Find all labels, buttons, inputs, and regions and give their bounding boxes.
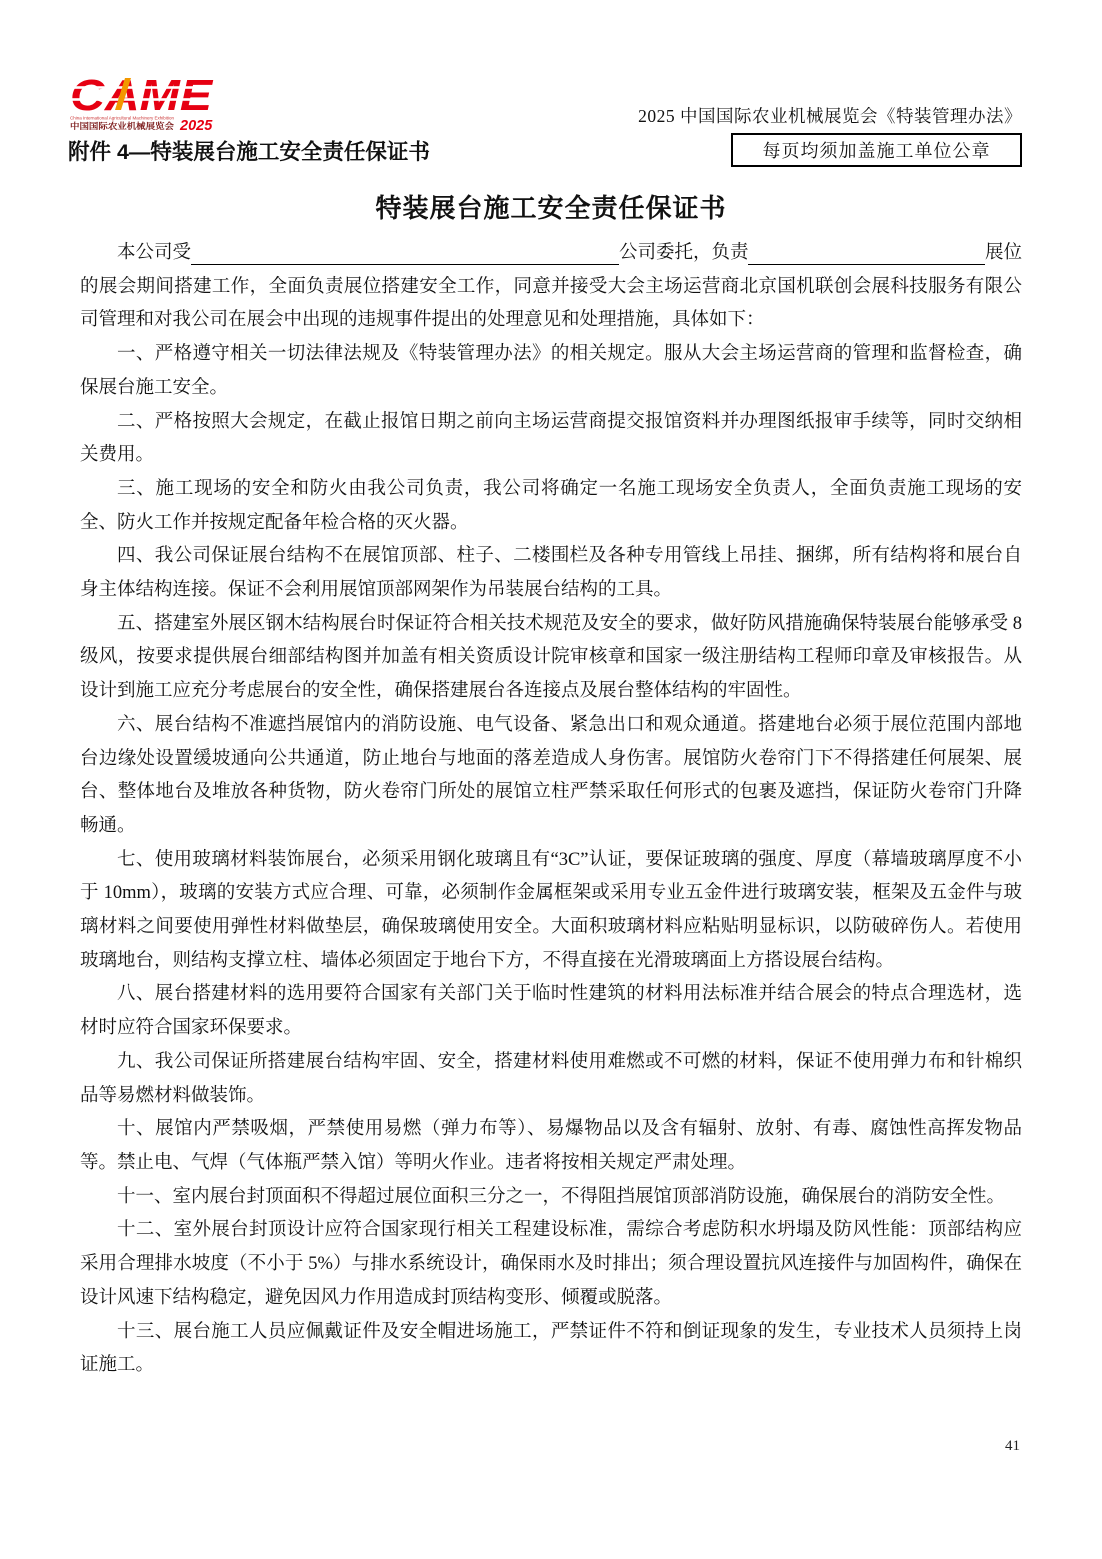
clause-paragraph: 十一、室内展台封顶面积不得超过展位面积三分之一，不得阻挡展馆顶部消防设施，确保展…	[80, 1181, 1022, 1215]
company-name-blank[interactable]	[191, 264, 619, 265]
doc-reference: 2025 中国国际农业机械展览会《特装管理办法》	[638, 103, 1022, 128]
came-logo-brand-text: CAME	[70, 74, 214, 120]
clause-paragraph: 四、我公司保证展台结构不在展馆顶部、柱子、二楼围栏及各种专用管线上吊挂、捆绑，所…	[80, 540, 1022, 607]
came-logo-tagline-en: China International Agricultural Machine…	[70, 116, 174, 121]
clause-paragraph: 九、我公司保证所搭建展台结构牢固、安全，搭建材料使用难燃或不可燃的材料，保证不使…	[80, 1046, 1022, 1113]
came-logo-tagline-cn: 中国国际农业机械展览会	[70, 121, 175, 131]
opening-middle: 公司委托，负责	[619, 237, 749, 271]
clause-paragraph: 一、严格遵守相关一切法律法规及《特装管理办法》的相关规定。服从大会主场运营商的管…	[80, 338, 1022, 405]
document-page: CAME China International Agricultural Ma…	[0, 0, 1102, 1559]
attachment-title: 附件 4—特装展台施工安全责任保证书	[68, 135, 430, 166]
opening-line: 本公司受 公司委托，负责 展位	[80, 237, 1022, 271]
clause-paragraph: 十三、展台施工人员应佩戴证件及安全帽进场施工，严禁证件不符和倒证现象的发生，专业…	[80, 1316, 1022, 1383]
opening-continuation: 的展会期间搭建工作，全面负责展位搭建安全工作，同意并接受大会主场运营商北京国机联…	[80, 271, 1022, 338]
clause-paragraph: 八、展台搭建材料的选用要符合国家有关部门关于临时性建筑的材料用法标准并结合展会的…	[80, 978, 1022, 1045]
document-body: 本公司受 公司委托，负责 展位 的展会期间搭建工作，全面负责展位搭建安全工作，同…	[80, 237, 1022, 1383]
clause-paragraph: 七、使用玻璃材料装饰展台，必须采用钢化玻璃且有“3C”认证，要保证玻璃的强度、厚…	[80, 844, 1022, 979]
booth-number-blank[interactable]	[748, 264, 985, 265]
clause-paragraph: 十二、室外展台封顶设计应符合国家现行相关工程建设标准，需综合考虑防积水坍塌及防风…	[80, 1214, 1022, 1315]
came-logo-year: 2025	[179, 118, 213, 132]
stamp-notice-box: 每页均须加盖施工单位公章	[731, 133, 1022, 167]
opening-suffix: 展位	[985, 237, 1022, 271]
came-logo: CAME China International Agricultural Ma…	[68, 74, 220, 132]
clause-paragraph: 六、展台结构不准遮挡展馆内的消防设施、电气设备、紧急出口和观众通道。搭建地台必须…	[80, 709, 1022, 844]
page-number: 41	[1005, 1438, 1020, 1455]
clause-paragraph: 二、严格按照大会规定，在截止报馆日期之前向主场运营商提交报馆资料并办理图纸报审手…	[80, 406, 1022, 473]
clause-paragraph: 五、搭建室外展区钢木结构展台时保证符合相关技术规范及安全的要求，做好防风措施确保…	[80, 608, 1022, 709]
came-logo-graphic: CAME China International Agricultural Ma…	[68, 74, 220, 132]
clause-paragraph: 十、展馆内严禁吸烟，严禁使用易燃（弹力布等）、易爆物品以及含有辐射、放射、有毒、…	[80, 1113, 1022, 1180]
clause-paragraph: 三、施工现场的安全和防火由我公司负责，我公司将确定一名施工现场安全负责人，全面负…	[80, 473, 1022, 540]
clauses: 一、严格遵守相关一切法律法规及《特装管理办法》的相关规定。服从大会主场运营商的管…	[80, 338, 1022, 1383]
opening-prefix: 本公司受	[117, 237, 191, 271]
stamp-notice-text: 每页均须加盖施工单位公章	[763, 137, 991, 163]
document-title: 特装展台施工安全责任保证书	[0, 188, 1102, 225]
